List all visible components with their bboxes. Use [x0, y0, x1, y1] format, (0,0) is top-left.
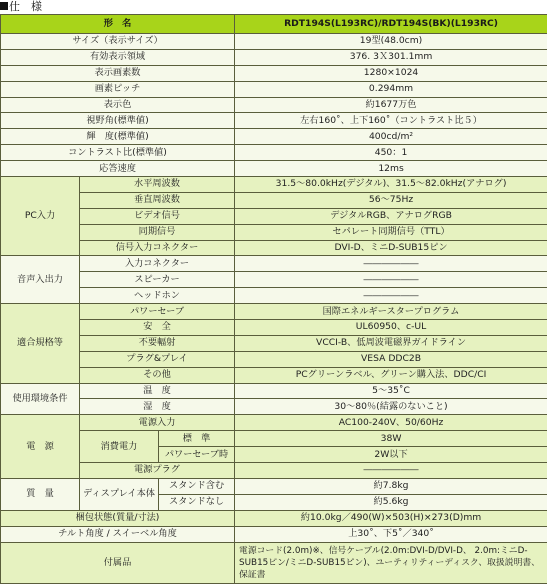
row-label: 不要輻射	[80, 335, 235, 351]
row-value: PCグリーンラベル、グリーン購入法、DDC/CI	[235, 367, 547, 383]
group-label-weight: 質 量	[1, 478, 80, 510]
row-value: 1280×1024	[235, 65, 547, 81]
table-row: チルト角度 / スイーベル角度上30˚、下5˚／340˚	[1, 526, 547, 542]
square-bullet-icon	[0, 2, 8, 10]
row-value: VESA DDC2B	[235, 351, 547, 367]
row-value: 国際エネルギースタープログラム	[235, 304, 547, 320]
row-value: 30～80％(結露のないこと)	[235, 399, 547, 415]
row-label: 垂直周波数	[80, 192, 235, 208]
row-value: ――――――	[235, 256, 547, 272]
row-value: セパレート同期信号（TTL）	[235, 224, 547, 240]
row-value: DVI-D、ミニD-SUB15ピン	[235, 240, 547, 256]
table-row: 付属品電源コード(2.0m)※、信号ケーブル(2.0m:DVI-D/DVI-D、…	[1, 542, 547, 583]
row-label: 付属品	[1, 542, 235, 583]
row-value: デジタルRGB、アナログRGB	[235, 208, 547, 224]
subgroup-label-consumption: 消費電力	[80, 431, 159, 463]
row-value: 約1677万色	[235, 97, 547, 113]
table-row: 使用環境条件 温 度 5～35˚C	[1, 383, 547, 399]
table-row: その他PCグリーンラベル、グリーン購入法、DDC/CI	[1, 367, 547, 383]
row-value: 約5.6kg	[235, 494, 547, 510]
row-value: 5～35˚C	[235, 383, 547, 399]
table-row: 湿 度30～80％(結露のないこと)	[1, 399, 547, 415]
row-label: 標 準	[159, 431, 235, 447]
spec-table: 形 名 RDT194S(L193RC)/RDT194S(BK)(L193RC) …	[0, 14, 547, 584]
row-label: 電源入力	[80, 415, 235, 431]
row-label: 輝 度(標準値)	[1, 129, 235, 145]
table-row: 表示色約1677万色	[1, 97, 547, 113]
table-row: 画素ピッチ0.294mm	[1, 81, 547, 97]
table-row: 同期信号セパレート同期信号（TTL）	[1, 224, 547, 240]
row-value: ――――――	[235, 272, 547, 288]
row-label: ヘッドホン	[80, 288, 235, 304]
row-value: 上30˚、下5˚／340˚	[235, 526, 547, 542]
row-value: 2W以下	[235, 447, 547, 463]
table-row: ビデオ信号デジタルRGB、アナログRGB	[1, 208, 547, 224]
table-row: 視野角(標準値)左右160˚、上下160˚（コントラスト比５）	[1, 113, 547, 129]
row-value: 約10.0kg／490(W)×503(H)×273(D)mm	[235, 510, 547, 526]
row-value: 400cd/m²	[235, 129, 547, 145]
row-value: 19型(48.0cm)	[235, 34, 547, 50]
row-value: 0.294mm	[235, 81, 547, 97]
row-label: 同期信号	[80, 224, 235, 240]
table-row: 垂直周波数56～75Hz	[1, 192, 547, 208]
row-label: 水平周波数	[80, 177, 235, 193]
row-label: パワーセーブ	[80, 304, 235, 320]
row-value: 376. 3Ｘ301.1mm	[235, 49, 547, 65]
table-row: スピーカー――――――	[1, 272, 547, 288]
row-value: VCCI-B、低周波電磁界ガイドライン	[235, 335, 547, 351]
row-label: プラグ&プレイ	[80, 351, 235, 367]
header-label: 形 名	[1, 15, 235, 34]
group-label-standards: 適合規格等	[1, 304, 80, 383]
row-value: 12ms	[235, 161, 547, 177]
row-label: 湿 度	[80, 399, 235, 415]
row-label: 信号入力コネクター	[80, 240, 235, 256]
table-row: サイズ（表示サイズ）19型(48.0cm)	[1, 34, 547, 50]
group-label-audio: 音声入出力	[1, 256, 80, 304]
table-row: 質 量 ディスプレイ本体 スタンド含む 約7.8kg	[1, 478, 547, 494]
subgroup-label-display-body: ディスプレイ本体	[80, 478, 159, 510]
row-value: 左右160˚、上下160˚（コントラスト比５）	[235, 113, 547, 129]
table-row: 信号入力コネクターDVI-D、ミニD-SUB15ピン	[1, 240, 547, 256]
row-value: 31.5～80.0kHz(デジタル)、31.5～82.0kHz(アナログ)	[235, 177, 547, 193]
row-label: コントラスト比(標準値)	[1, 145, 235, 161]
row-label: 画素ピッチ	[1, 81, 235, 97]
group-label-pc-input: PC入力	[1, 177, 80, 256]
row-value: ――――――	[235, 463, 547, 479]
table-row: 安 全UL60950、c-UL	[1, 320, 547, 336]
row-label: スタンド含む	[159, 478, 235, 494]
row-label: 有効表示領域	[1, 49, 235, 65]
table-row: 不要輻射VCCI-B、低周波電磁界ガイドライン	[1, 335, 547, 351]
row-value: 約7.8kg	[235, 478, 547, 494]
row-value: 38W	[235, 431, 547, 447]
table-row: 音声入出力 入力コネクター ――――――	[1, 256, 547, 272]
row-value: 電源コード(2.0m)※、信号ケーブル(2.0m:DVI-D/DVI-D、 2.…	[235, 542, 547, 583]
table-row: 電源プラグ――――――	[1, 463, 547, 479]
section-title: 仕 様	[0, 0, 42, 14]
row-label: 入力コネクター	[80, 256, 235, 272]
row-label: パワーセーブ時	[159, 447, 235, 463]
row-label: 応答速度	[1, 161, 235, 177]
table-row: 輝 度(標準値)400cd/m²	[1, 129, 547, 145]
table-row: 応答速度12ms	[1, 161, 547, 177]
row-label: 温 度	[80, 383, 235, 399]
group-label-power: 電 源	[1, 415, 80, 479]
row-value: AC100-240V、50/60Hz	[235, 415, 547, 431]
row-label: 電源プラグ	[80, 463, 235, 479]
row-label: 安 全	[80, 320, 235, 336]
header-model: RDT194S(L193RC)/RDT194S(BK)(L193RC)	[235, 15, 547, 34]
row-value: ――――――	[235, 288, 547, 304]
table-row: 適合規格等 パワーセーブ 国際エネルギースタープログラム	[1, 304, 547, 320]
row-label: 表示画素数	[1, 65, 235, 81]
table-row: ヘッドホン――――――	[1, 288, 547, 304]
row-label: 表示色	[1, 97, 235, 113]
table-row: PC入力 水平周波数 31.5～80.0kHz(デジタル)、31.5～82.0k…	[1, 177, 547, 193]
row-label: 梱包状態(質量/寸法)	[1, 510, 235, 526]
row-label: スピーカー	[80, 272, 235, 288]
row-label: サイズ（表示サイズ）	[1, 34, 235, 50]
row-value: 56～75Hz	[235, 192, 547, 208]
row-value: UL60950、c-UL	[235, 320, 547, 336]
table-row: 消費電力 標 準 38W	[1, 431, 547, 447]
table-row: 表示画素数1280×1024	[1, 65, 547, 81]
table-row: コントラスト比(標準値)450：1	[1, 145, 547, 161]
table-row: 梱包状態(質量/寸法)約10.0kg／490(W)×503(H)×273(D)m…	[1, 510, 547, 526]
row-label: その他	[80, 367, 235, 383]
row-label: スタンドなし	[159, 494, 235, 510]
row-label: ビデオ信号	[80, 208, 235, 224]
row-value: 450：1	[235, 145, 547, 161]
table-row: 電 源 電源入力 AC100-240V、50/60Hz	[1, 415, 547, 431]
table-header-row: 形 名 RDT194S(L193RC)/RDT194S(BK)(L193RC)	[1, 15, 547, 34]
group-label-environment: 使用環境条件	[1, 383, 80, 415]
table-row: 有効表示領域376. 3Ｘ301.1mm	[1, 49, 547, 65]
row-label: 視野角(標準値)	[1, 113, 235, 129]
table-row: プラグ&プレイVESA DDC2B	[1, 351, 547, 367]
row-label: チルト角度 / スイーベル角度	[1, 526, 235, 542]
